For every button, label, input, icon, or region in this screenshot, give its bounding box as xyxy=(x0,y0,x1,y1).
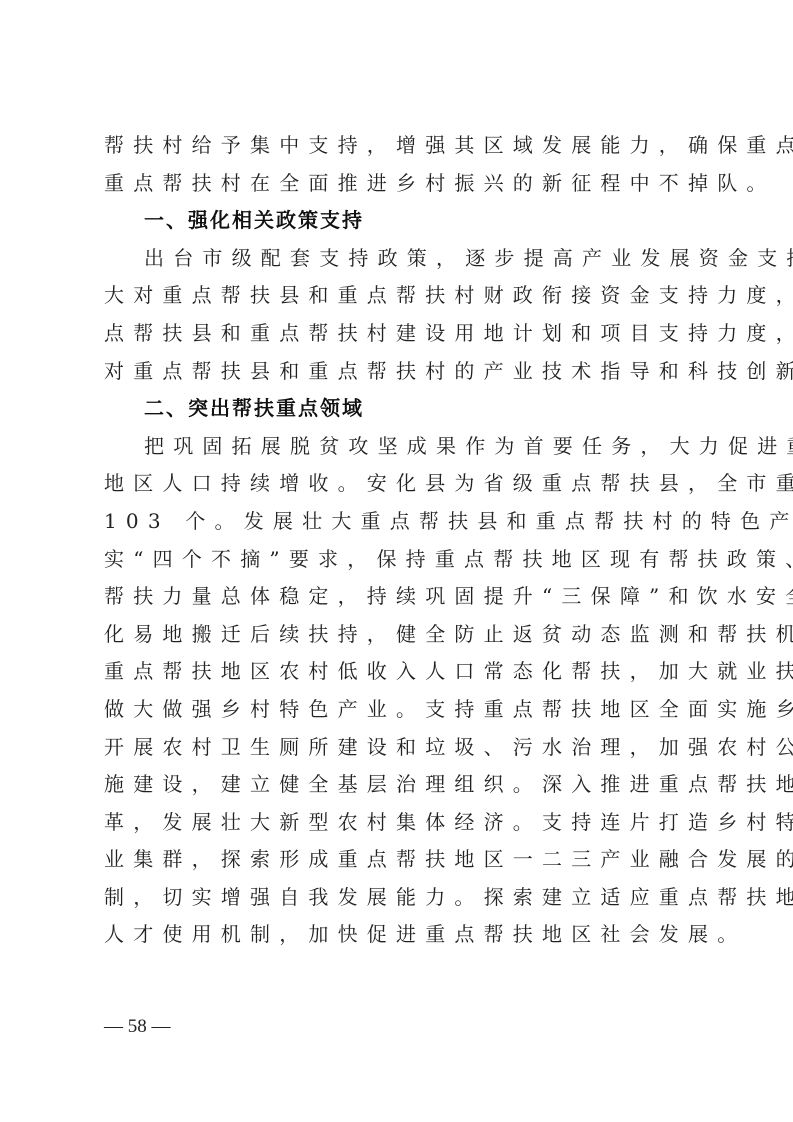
paragraph-line: 把巩固拓展脱贫攻坚成果作为首要任务，大力促进重点帮扶 xyxy=(104,428,694,466)
paragraph-line: 制，切实增强自我发展能力。探索建立适应重点帮扶地区特点的 xyxy=(104,879,694,917)
paragraph-line: 帮扶力量总体稳定，持续巩固提升“三保障”和饮水安全成果，强 xyxy=(104,578,694,616)
paragraph-line: 大对重点帮扶县和重点帮扶村财政衔接资金支持力度，优先保障重 xyxy=(104,277,694,315)
paragraph-line: 施建设，建立健全基层治理组织。深入推进重点帮扶地区农村改 xyxy=(104,766,694,804)
document-page: 帮扶村给予集中支持，增强其区域发展能力，确保重点帮扶县、 重点帮扶村在全面推进乡… xyxy=(104,127,694,954)
section-heading-policy-support: 一、强化相关政策支持 xyxy=(104,202,694,240)
paragraph-line: 业集群，探索形成重点帮扶地区一二三产业融合发展的长效机 xyxy=(104,841,694,879)
paragraph-line: 103 个。发展壮大重点帮扶县和重点帮扶村的特色产业，严格落 xyxy=(104,503,694,541)
paragraph-line: 重点帮扶村在全面推进乡村振兴的新征程中不掉队。 xyxy=(104,165,694,203)
paragraph-line: 重点帮扶地区农村低收入人口常态化帮扶，加大就业扶持力度， xyxy=(104,653,694,691)
paragraph-line: 帮扶村给予集中支持，增强其区域发展能力，确保重点帮扶县、 xyxy=(104,127,694,165)
section-heading-key-areas: 二、突出帮扶重点领域 xyxy=(104,390,694,428)
paragraph-line: 化易地搬迁后续扶持，健全防止返贫动态监测和帮扶机制。支持 xyxy=(104,616,694,654)
paragraph-line: 实“四个不摘”要求，保持重点帮扶地区现有帮扶政策、资金支持、 xyxy=(104,541,694,579)
page-number: — 58 — xyxy=(104,1016,171,1038)
paragraph-line: 点帮扶县和重点帮扶村建设用地计划和项目支持力度，进一步加强 xyxy=(104,315,694,353)
paragraph-line: 人才使用机制，加快促进重点帮扶地区社会发展。 xyxy=(104,916,694,954)
paragraph-line: 对重点帮扶县和重点帮扶村的产业技术指导和科技创新工作。 xyxy=(104,353,694,391)
paragraph-line: 革，发展壮大新型农村集体经济。支持连片打造乡村特色优势产 xyxy=(104,804,694,842)
paragraph-line: 出台市级配套支持政策，逐步提高产业发展资金支持比例，加 xyxy=(104,240,694,278)
paragraph-line: 地区人口持续增收。安化县为省级重点帮扶县，全市重点帮扶村 xyxy=(104,465,694,503)
paragraph-line: 做大做强乡村特色产业。支持重点帮扶地区全面实施乡村建设， xyxy=(104,691,694,729)
paragraph-line: 开展农村卫生厕所建设和垃圾、污水治理，加强农村公共服务设 xyxy=(104,729,694,767)
